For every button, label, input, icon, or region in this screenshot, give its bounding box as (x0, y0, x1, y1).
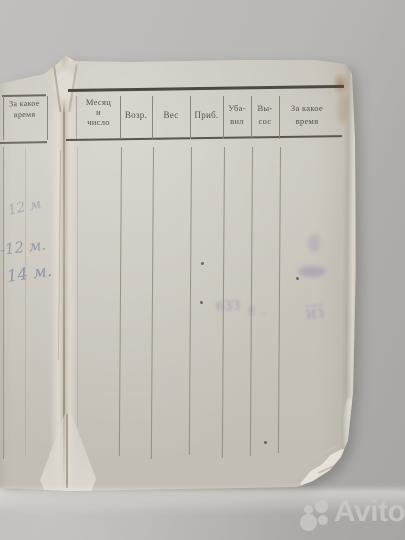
torn-corner (300, 446, 358, 492)
column-header-weight: Вес (153, 110, 189, 120)
ink-blot (308, 234, 320, 252)
left-strip-rule-body (3, 147, 4, 459)
left-strip-header-bottom-rule (0, 141, 47, 143)
photo-background: За какое время Месяц и число Возр. Вес П… (0, 0, 405, 540)
edge-curl (344, 398, 356, 460)
column-rule-body (150, 147, 154, 459)
ink-blot (298, 266, 326, 277)
handwritten-entry: 12 м (6, 196, 42, 219)
column-header-lost: Уба- вил (224, 102, 250, 128)
column-header-right-time: За какое время (281, 102, 333, 128)
left-strip-top-rule (2, 94, 46, 96)
paper-page: За какое время Месяц и число Возр. Вес П… (0, 0, 405, 540)
avito-watermark: Avito (296, 497, 405, 539)
column-rule-body (118, 147, 122, 456)
column-rule-body (278, 147, 282, 453)
table-top-rule (68, 85, 344, 92)
paper-document: За какое время Месяц и число Возр. Вес П… (0, 0, 405, 540)
column-header-age: Возр. (121, 110, 151, 120)
column-rule-body (188, 147, 192, 455)
paper-speck (200, 301, 203, 304)
handwritten-entry: 14 м. (6, 261, 53, 286)
column-rule-body (250, 147, 254, 456)
ink-smudge: 6ЗЗ (215, 298, 241, 315)
left-strip-rule (47, 96, 48, 140)
stain-smear (338, 94, 348, 124)
avito-wordmark: Avito (334, 495, 405, 529)
column-header-left-time: За какое время (3, 97, 47, 120)
crease-bottom-flare (40, 414, 96, 491)
header-bottom-rule (66, 135, 342, 141)
paper-speck (296, 277, 299, 280)
ink-smudge: ИЗ (305, 304, 325, 322)
handwritten-entry: -12 м. (0, 235, 47, 258)
column-header-sucked: Вы- сос (252, 102, 278, 128)
paper-speck (201, 262, 204, 265)
ink-smudge: Е .. (248, 304, 267, 318)
crease-bottom-streak (66, 414, 68, 488)
column-rule (76, 96, 77, 139)
column-header-gained: Приб. (191, 110, 222, 120)
paper-speck (264, 441, 267, 444)
left-strip-rule-body (25, 147, 26, 457)
column-rule-body (77, 147, 78, 427)
column-header-month: Месяц и число (78, 97, 119, 127)
